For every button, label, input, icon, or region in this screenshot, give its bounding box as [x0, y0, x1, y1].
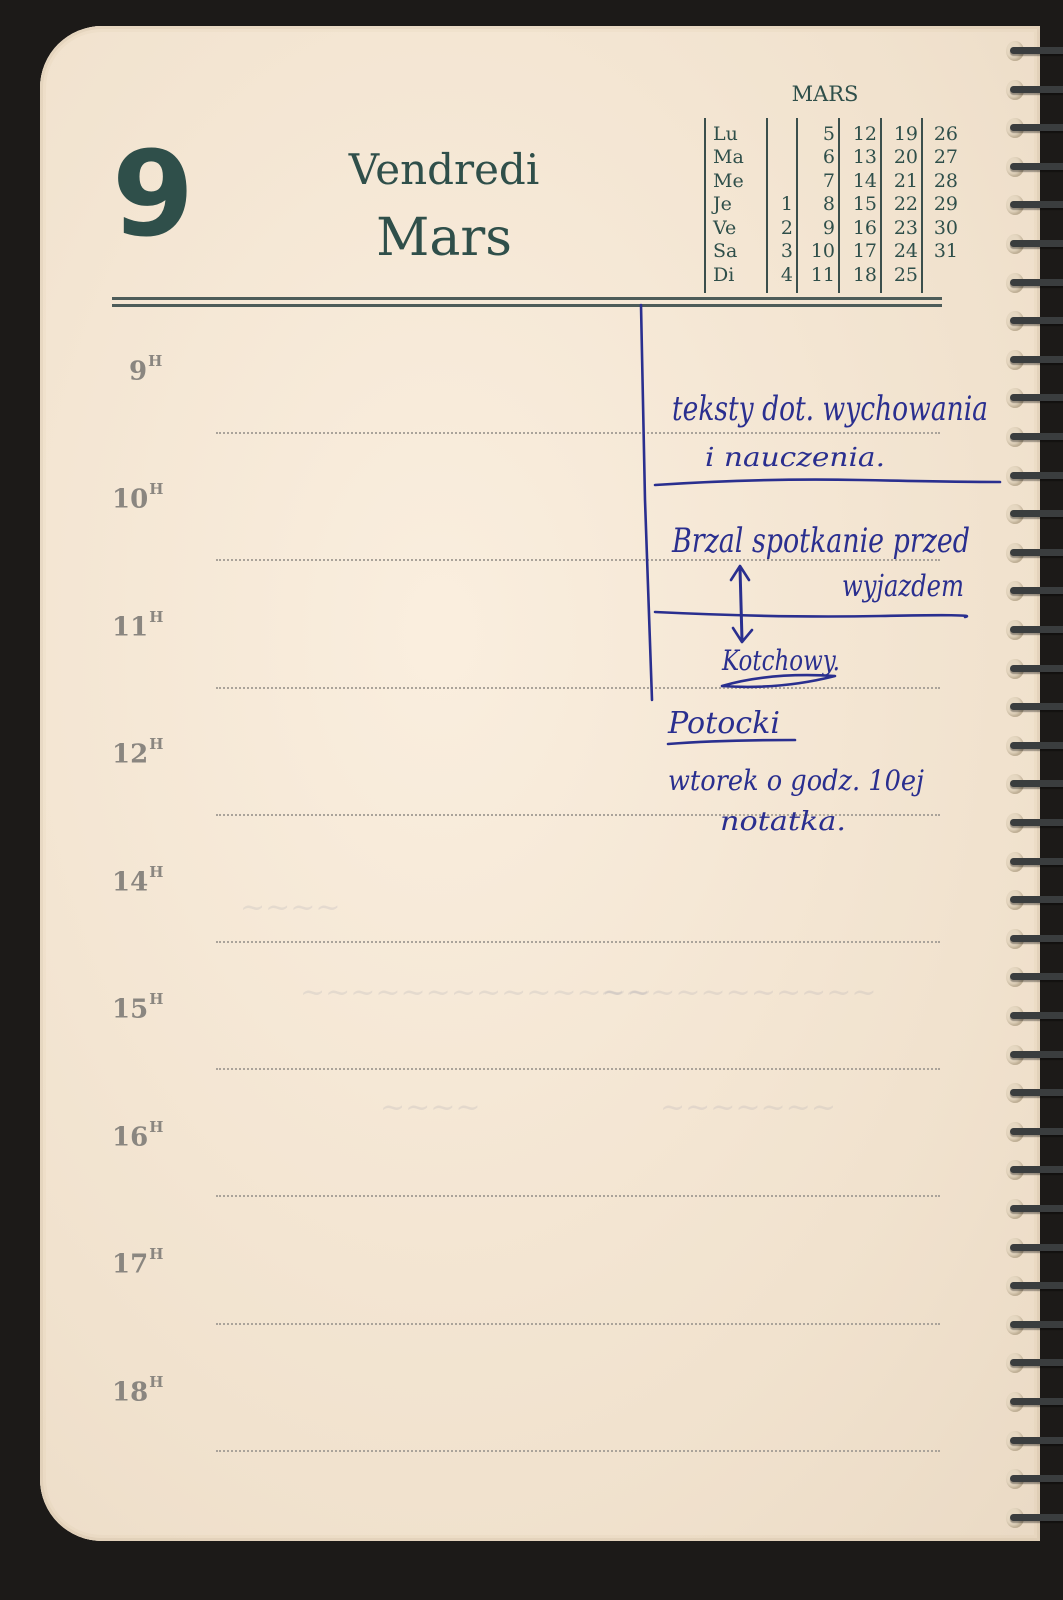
wire-loop	[1010, 1398, 1063, 1405]
spiral-ring	[1006, 201, 1063, 213]
wire-loop	[1010, 279, 1063, 286]
wire-loop	[1010, 549, 1063, 556]
spiral-ring	[1006, 703, 1063, 715]
wire-loop	[1010, 819, 1063, 826]
spiral-ring	[1006, 1166, 1063, 1178]
wire-loop	[1010, 472, 1063, 479]
note-line: wyjazdem	[842, 569, 964, 604]
spiral-ring	[1006, 317, 1063, 329]
note-line: teksty dot. wychowania	[672, 389, 988, 429]
spiral-ring	[1006, 1282, 1063, 1294]
wire-loop	[1010, 1205, 1063, 1212]
spiral-ring	[1006, 1051, 1063, 1063]
spiral-ring	[1006, 1205, 1063, 1217]
spiral-ring	[1006, 1128, 1063, 1140]
spiral-ring	[1006, 587, 1063, 599]
spiral-ring	[1006, 896, 1063, 908]
wire-loop	[1010, 1514, 1063, 1521]
spiral-ring	[1006, 780, 1063, 792]
wire-loop	[1010, 433, 1063, 440]
wire-loop	[1010, 1244, 1063, 1251]
wire-loop	[1010, 1089, 1063, 1096]
spiral-ring	[1006, 549, 1063, 561]
wire-loop	[1010, 665, 1063, 672]
spiral-ring	[1006, 626, 1063, 638]
spiral-ring	[1006, 47, 1063, 59]
spiral-ring	[1006, 1437, 1063, 1449]
note-line: notatka.	[720, 807, 846, 837]
wire-loop	[1010, 703, 1063, 710]
note-line: i nauczenia.	[705, 443, 885, 473]
spiral-ring	[1006, 240, 1063, 252]
wire-loop	[1010, 317, 1063, 324]
wire-loop	[1010, 1282, 1063, 1289]
spiral-ring	[1006, 356, 1063, 368]
spiral-ring	[1006, 433, 1063, 445]
note-line: wtorek o godz. 10ej	[668, 764, 924, 797]
wire-loop	[1010, 626, 1063, 633]
spiral-ring	[1006, 1244, 1063, 1256]
wire-loop	[1010, 1051, 1063, 1058]
spiral-ring	[1006, 858, 1063, 870]
spiral-ring	[1006, 279, 1063, 291]
spiral-ring	[1006, 1359, 1063, 1371]
spiral-ring	[1006, 742, 1063, 754]
wire-loop	[1010, 896, 1063, 903]
wire-loop	[1010, 780, 1063, 787]
ink-separator-1	[655, 480, 1000, 485]
wire-loop	[1010, 587, 1063, 594]
spiral-ring	[1006, 510, 1063, 522]
wire-loop	[1010, 163, 1063, 170]
wire-loop	[1010, 858, 1063, 865]
spiral-ring	[1006, 665, 1063, 677]
wire-loop	[1010, 1475, 1063, 1482]
wire-loop	[1010, 356, 1063, 363]
note-line: Potocki	[667, 706, 780, 741]
wire-loop	[1010, 394, 1063, 401]
spiral-ring	[1006, 1089, 1063, 1101]
spiral-ring	[1006, 163, 1063, 175]
wire-loop	[1010, 1128, 1063, 1135]
wire-loop	[1010, 510, 1063, 517]
wire-loop	[1010, 1166, 1063, 1173]
ink-separator-2	[655, 612, 967, 617]
wire-loop	[1010, 47, 1063, 54]
spiral-ring	[1006, 1321, 1063, 1333]
wire-loop	[1010, 124, 1063, 131]
spiral-ring	[1006, 1514, 1063, 1526]
wire-loop	[1010, 86, 1063, 93]
wire-loop	[1010, 1437, 1063, 1444]
wire-loop	[1010, 201, 1063, 208]
ink-vertical-line	[641, 305, 652, 700]
wire-loop	[1010, 1321, 1063, 1328]
spiral-binding	[1000, 0, 1063, 1600]
spiral-ring	[1006, 973, 1063, 985]
handwritten-ink: teksty dot. wychowania i nauczenia. Brza…	[0, 0, 1063, 1600]
spiral-ring	[1006, 124, 1063, 136]
spiral-ring	[1006, 935, 1063, 947]
note-line: Kotchowy.	[721, 644, 840, 677]
wire-loop	[1010, 1359, 1063, 1366]
note-line: Brzal spotkanie przed	[671, 521, 970, 561]
spiral-ring	[1006, 472, 1063, 484]
wire-loop	[1010, 240, 1063, 247]
wire-loop	[1010, 973, 1063, 980]
wire-loop	[1010, 935, 1063, 942]
wire-loop	[1010, 742, 1063, 749]
spiral-ring	[1006, 1012, 1063, 1024]
spiral-ring	[1006, 394, 1063, 406]
spiral-ring	[1006, 86, 1063, 98]
spiral-ring	[1006, 819, 1063, 831]
wire-loop	[1010, 1012, 1063, 1019]
spiral-ring	[1006, 1475, 1063, 1487]
spiral-ring	[1006, 1398, 1063, 1410]
